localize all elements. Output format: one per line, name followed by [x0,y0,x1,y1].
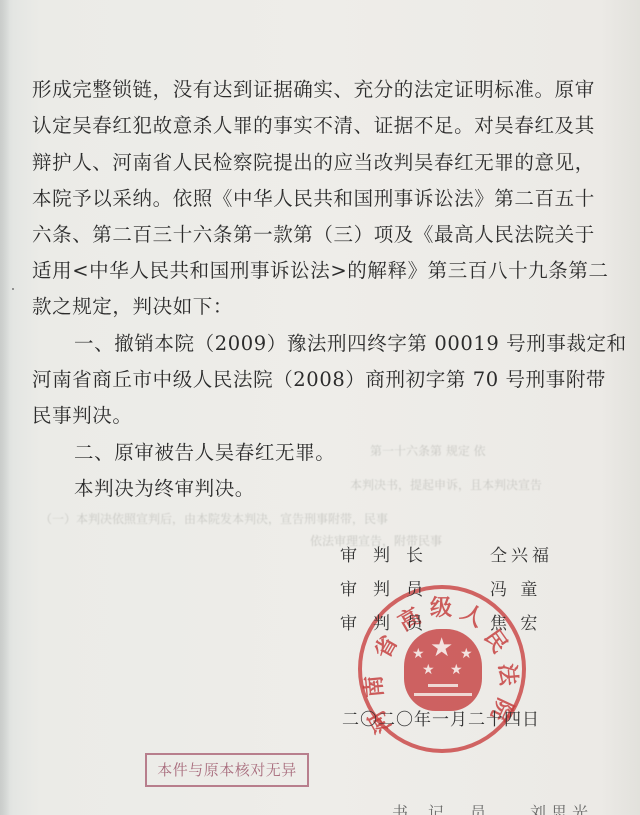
signature-judge-2: 审判员焦 宏 [340,609,541,634]
final-judgment-note: 本判决为终审判决。 [74,476,255,502]
signature-presiding-judge: 审判长仝兴福 [340,541,553,566]
bleed-through-text: 本判决书，提起申诉，且本判决宣告 [350,476,542,493]
bleed-through-text: 第一十六条第 规定 依 [370,442,486,459]
judgment-item-1: 一、撤销本院（2009）豫法刑四终字第 00019 号刑事裁定和 [74,331,627,357]
clerk-title-fragment: 书 [392,800,408,815]
clerk-title-fragment: 员 [470,800,486,815]
text-line: 适用<中华人民共和国刑事诉讼法>的解释》第三百八十九条第二 [32,258,609,284]
text-line: 辩护人、河南省人民检察院提出的应当改判吴春红无罪的意见， [32,150,595,176]
judgment-item-1-cont: 民事判决。 [32,403,133,429]
text-line: 认定吴春红犯故意杀人罪的事实不清、证据不足。对吴春红及其 [32,113,595,139]
text-line: 款之规定，判决如下： [32,294,233,320]
page-edge-shadow [0,0,10,815]
paper-speck [12,288,14,290]
clerk-name-fragment: 刘 思 光 [530,800,588,815]
judgment-item-2: 二、原审被告人吴春红无罪。 [74,440,335,466]
bleed-through-text: （一）本判决依照宣判后，由本院发本判决，宣告刑事附带，民事 [40,510,388,527]
judgment-date: 二〇二〇年一月二十四日 [342,705,540,730]
judgment-item-1-cont: 河南省商丘市中级人民法院（2008）商刑初字第 70 号刑事附带 [32,367,606,393]
text-line: 本院予以采纳。依照《中华人民共和国刑事诉讼法》第二百五十 [32,186,595,212]
text-line: 形成完整锁链，没有达到证据确实、充分的法定证明标准。原审 [32,77,595,103]
signature-judge-1: 审判员冯 童 [340,575,541,600]
text-line: 六条、第二百三十六条第一款第（三）项及《最高人民法院关于 [32,222,595,248]
clerk-title-fragment: 记 [428,800,444,815]
copy-verified-stamp: 本件与原本核对无异 [145,753,309,787]
